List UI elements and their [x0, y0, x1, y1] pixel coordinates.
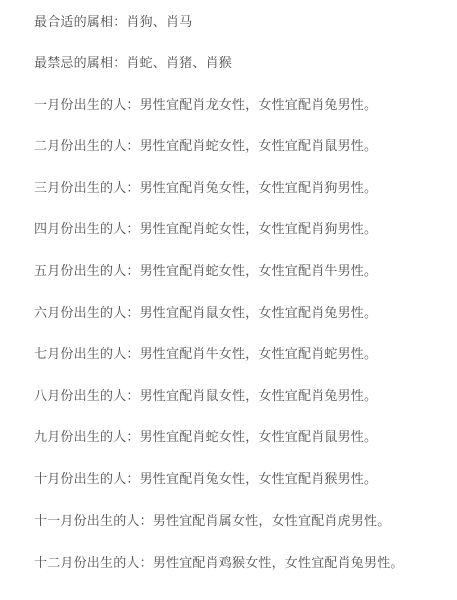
text-line-october: 十月份出生的人：男性宜配肖兔女性，女性宜配肖猴男性。 — [34, 472, 377, 488]
text-line-february: 二月份出生的人：男性宜配肖蛇女性，女性宜配肖鼠男性。 — [34, 139, 377, 155]
text-line-january: 一月份出生的人：男性宜配肖龙女性，女性宜配肖兔男性。 — [34, 98, 377, 114]
text-line-december: 十二月份出生的人：男性宜配肖鸡猴女性，女性宜配肖兔男性。 — [34, 556, 404, 572]
text-line-september: 九月份出生的人：男性宜配肖蛇女性，女性宜配肖鼠男性。 — [34, 430, 377, 446]
text-line-june: 六月份出生的人：男性宜配肖鼠女性，女性宜配肖兔男性。 — [34, 306, 377, 322]
text-line-worst-zodiac: 最禁忌的属相：肖蛇、肖猪、肖猴 — [34, 56, 232, 72]
text-line-july: 七月份出生的人：男性宜配肖牛女性，女性宜配肖蛇男性。 — [34, 347, 377, 363]
text-line-april: 四月份出生的人：男性宜配肖蛇女性，女性宜配肖狗男性。 — [34, 222, 377, 238]
text-line-best-zodiac: 最合适的属相：肖狗、肖马 — [34, 15, 192, 31]
text-line-may: 五月份出生的人：男性宜配肖蛇女性，女性宜配肖牛男性。 — [34, 264, 377, 280]
text-line-march: 三月份出生的人：男性宜配肖兔女性，女性宜配肖狗男性。 — [34, 181, 377, 197]
text-line-november: 十一月份出生的人：男性宜配肖属女性，女性宜配肖虎男性。 — [34, 514, 390, 530]
text-line-august: 八月份出生的人：男性宜配肖鼠女性，女性宜配肖兔男性。 — [34, 389, 377, 405]
